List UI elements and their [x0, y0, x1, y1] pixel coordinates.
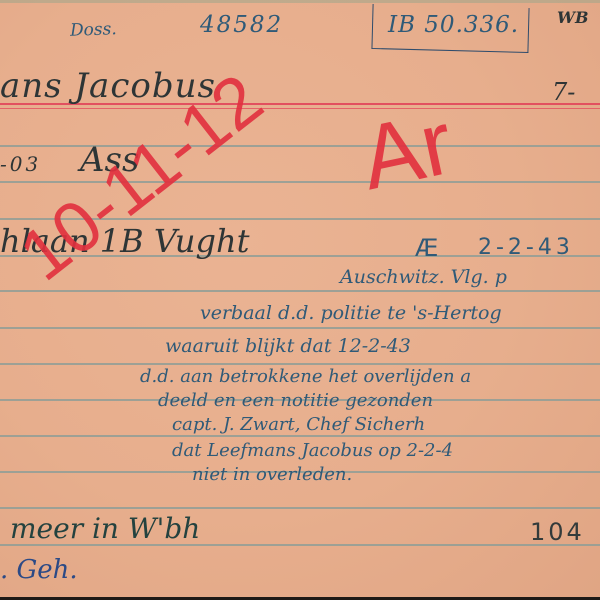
birth-date: -03	[0, 152, 41, 176]
dossier-number: 48582	[200, 12, 283, 38]
corner-date: 7-	[552, 78, 575, 106]
entry-line: deeld en een notitie gezonden	[158, 390, 433, 411]
entry-line: capt. J. Zwart, Chef Sicherh	[172, 414, 425, 435]
ruled-line	[0, 435, 600, 437]
footer-number: 104	[530, 518, 585, 546]
dossier-label: Doss.	[70, 19, 117, 41]
entry-code: Æ	[415, 234, 438, 262]
entry-line: waaruit blijkt dat 12-2-43	[165, 335, 411, 357]
entry-line: dat Leefmans Jacobus op 2-2-4	[172, 440, 453, 461]
entry-date: 2-2-43	[478, 235, 574, 260]
ruled-line	[0, 363, 600, 365]
index-card: Doss. 48582 IB 50.336. WB 7- ans Jacobus…	[0, 0, 600, 597]
ruled-line	[0, 327, 600, 329]
footer-abbrev: . Geh.	[0, 555, 78, 585]
red-rule-bottom	[0, 108, 600, 109]
entry-line: Auschwitz. Vlg. p	[340, 266, 507, 288]
boxed-reference: IB 50.336.	[388, 12, 519, 38]
entry-line: niet in overleden.	[192, 464, 352, 485]
entry-line: d.d. aan betrokkene het overlijden a	[140, 366, 471, 387]
ruled-line	[0, 290, 600, 292]
corner-code: WB	[557, 8, 589, 27]
footer-note: meer in W'bh	[10, 512, 200, 545]
ruled-line	[0, 507, 600, 509]
red-mark-top: Ar	[352, 92, 461, 211]
entry-line: verbaal d.d. politie te 's-Hertog	[200, 302, 502, 324]
